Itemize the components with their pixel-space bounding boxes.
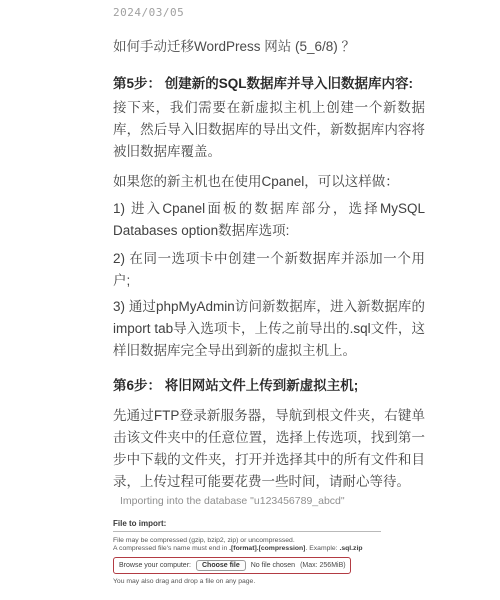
article-date: 2024/03/05 — [113, 6, 425, 20]
browse-row-highlight-box: Browse your computer: Choose file No fil… — [113, 557, 351, 574]
choose-file-button[interactable]: Choose file — [196, 560, 246, 571]
drag-drop-note: You may also drag and drop a file on any… — [113, 578, 381, 586]
browse-your-computer-label: Browse your computer: — [119, 562, 191, 569]
form-divider — [113, 531, 381, 532]
file-to-import-label: File to import: — [113, 519, 381, 528]
article-title: 如何手动迁移WordPress 网站 (5_6/8) ？ — [113, 36, 425, 58]
step5-list-item-3: 3) 通过phpMyAdmin访问新数据库，进入新数据库的import tab导… — [113, 296, 425, 362]
phpmyadmin-import-form-screenshot: File to import: File may be compressed (… — [113, 519, 381, 586]
filename-format-token: .[format].[compression] — [229, 545, 305, 552]
step5-heading: 第5步： 创建新的SQL数据库并导入旧数据库内容: — [113, 73, 425, 95]
step6-heading: 第6步： 将旧网站文件上传到新虚拟主机; — [113, 375, 425, 397]
article-content: 2024/03/05 如何手动迁移WordPress 网站 (5_6/8) ？ … — [113, 0, 425, 586]
filename-note-mid: . Example: — [305, 545, 339, 552]
compression-note: File may be compressed (gzip, bzip2, zip… — [113, 537, 381, 545]
filename-format-note: A compressed file's name must end in .[f… — [113, 545, 381, 553]
step5-paragraph-intro: 接下来，我们需要在新虚拟主机上创建一个新数据库，然后导入旧数据库的导出文件，新数… — [113, 97, 425, 163]
filename-example-token: .sql.zip — [339, 545, 362, 552]
import-db-caption: Importing into the database "u123456789_… — [113, 495, 425, 508]
step6-paragraph-ftp: 先通过FTP登录新服务器，导航到根文件夹，右键单击该文件夹中的任意位置，选择上传… — [113, 405, 425, 493]
step5-list-item-1: 1) 进入Cpanel面板的数据库部分，选择MySQL Databases op… — [113, 198, 425, 242]
max-upload-size-label: (Max: 256MiB) — [300, 562, 346, 569]
no-file-chosen-text: No file chosen — [251, 562, 295, 569]
filename-note-prefix: A compressed file's name must end in — [113, 545, 229, 552]
step5-paragraph-cpanel: 如果您的新主机也在使用Cpanel，可以这样做： — [113, 171, 425, 193]
step5-list-item-2: 2) 在同一选项卡中创建一个新数据库并添加一个用户; — [113, 248, 425, 292]
